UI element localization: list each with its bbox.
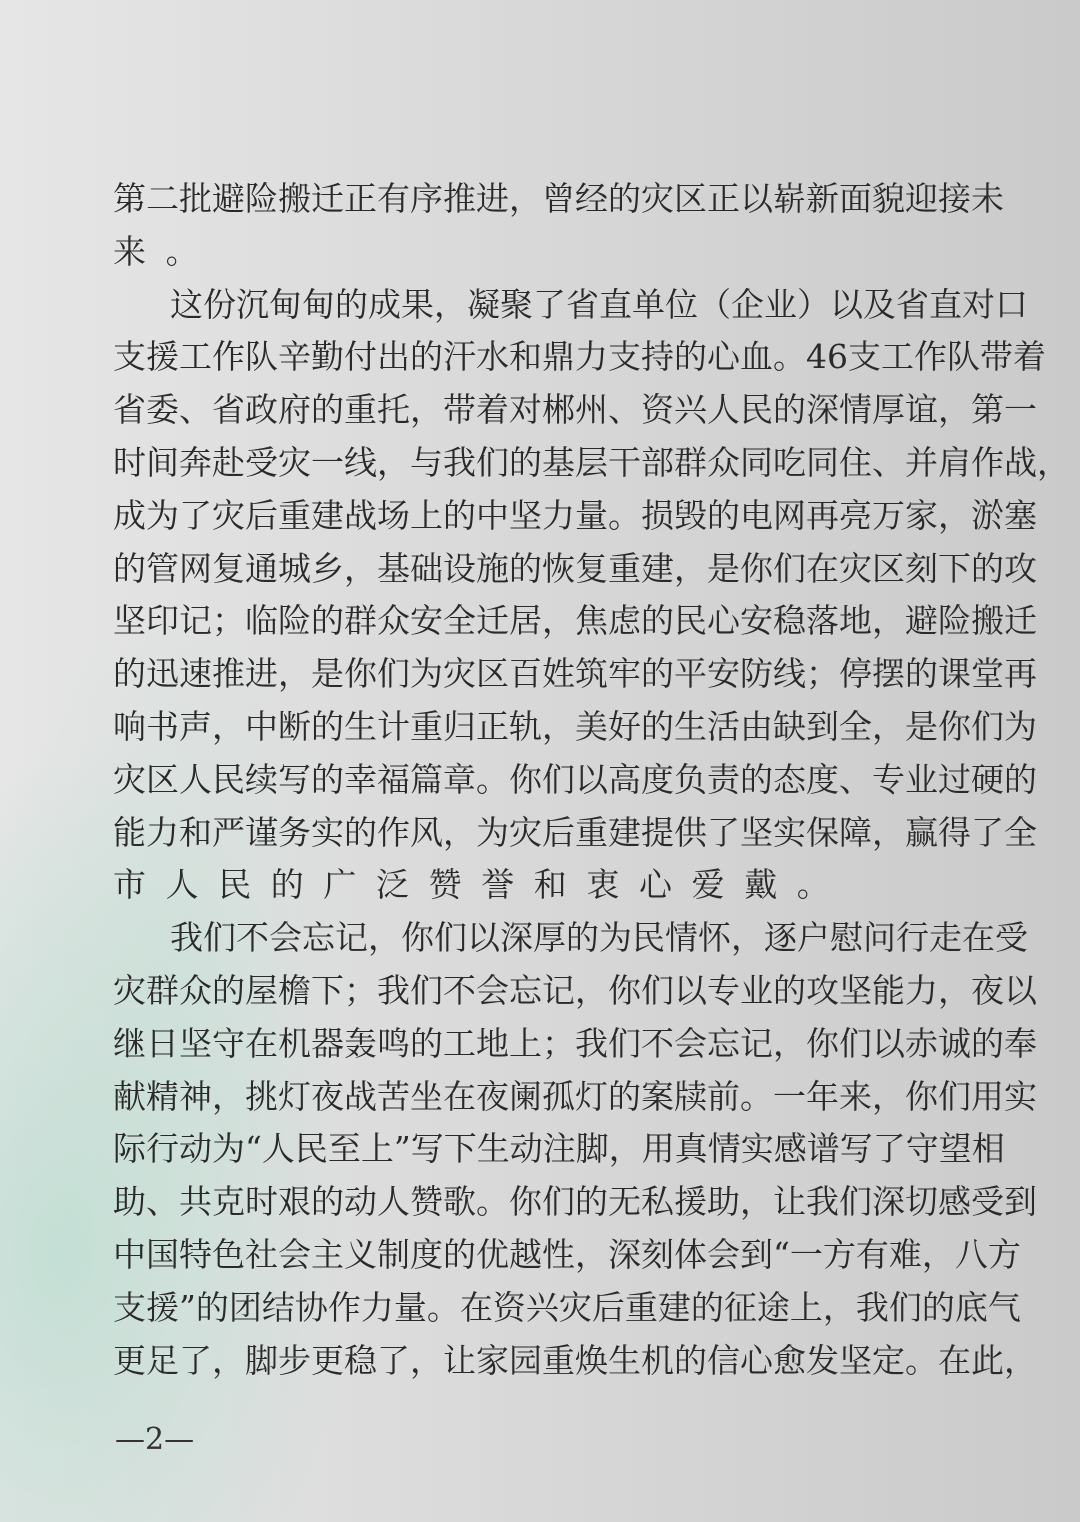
- glyph: 单: [632, 279, 665, 332]
- glyph: 、: [179, 384, 212, 437]
- glyph: 辛: [278, 331, 311, 384]
- glyph: 中: [245, 701, 278, 754]
- glyph: 赢: [905, 807, 938, 860]
- glyph: 灾: [113, 965, 146, 1018]
- glyph: 你: [401, 912, 434, 965]
- paragraph-first-line: 这份沉甸甸的成果，凝聚了省直单位（企业）以及省直对口: [113, 279, 961, 332]
- glyph: 支: [113, 331, 146, 384]
- glyph: 并: [905, 437, 938, 490]
- glyph: 信: [707, 1335, 740, 1388]
- glyph: 筑: [575, 648, 608, 701]
- glyph: 援: [146, 1282, 179, 1335]
- glyph: 万: [872, 490, 905, 543]
- glyph: 摆: [872, 648, 905, 701]
- glyph: 全: [1004, 807, 1037, 860]
- glyph: 写: [278, 754, 311, 807]
- glyph: 灾: [113, 754, 146, 807]
- glyph: 。: [476, 754, 509, 807]
- glyph: 工: [179, 331, 212, 384]
- glyph: 后: [542, 807, 575, 860]
- glyph: 你: [344, 648, 377, 701]
- glyph: 幸: [344, 754, 377, 807]
- glyph: 们: [542, 1176, 575, 1229]
- text-line: 成为了灾后重建战场上的中坚力量。损毁的电网再亮万家，淤塞: [113, 490, 961, 543]
- glyph: 慰: [830, 912, 863, 965]
- glyph: 基: [542, 437, 575, 490]
- glyph: 复: [575, 543, 608, 596]
- glyph: 对: [962, 279, 995, 332]
- glyph: 作: [971, 437, 1004, 490]
- glyph: 损: [641, 490, 674, 543]
- glyph: 的: [311, 754, 344, 807]
- glyph: 后: [592, 1282, 625, 1335]
- glyph: 途: [757, 1282, 790, 1335]
- glyph: ”: [394, 1123, 411, 1176]
- glyph: 们: [773, 543, 806, 596]
- glyph: 课: [938, 648, 971, 701]
- glyph: ，: [922, 1229, 955, 1282]
- glyph: 位: [665, 279, 698, 332]
- glyph: 动: [179, 1123, 212, 1176]
- glyph: 及: [863, 279, 896, 332]
- text-line: 中国特色社会主义制度的优越性，深刻体会到“一方有难，八方: [113, 1229, 961, 1282]
- glyph: 为: [212, 1123, 245, 1176]
- glyph: ，: [1004, 1335, 1037, 1388]
- glyph: 的: [509, 543, 542, 596]
- glyph: 的: [344, 807, 377, 860]
- glyph: 福: [377, 754, 410, 807]
- glyph: 际: [113, 1123, 146, 1176]
- glyph: 真: [675, 1123, 708, 1176]
- glyph: 场: [377, 490, 410, 543]
- glyph: 的: [773, 384, 806, 437]
- glyph: 时: [113, 437, 146, 490]
- glyph: 甸: [302, 279, 335, 332]
- glyph: 年: [806, 1071, 839, 1124]
- glyph: ，: [609, 1123, 642, 1176]
- glyph: 人: [377, 1176, 410, 1229]
- glyph: 夜: [971, 965, 1004, 1018]
- glyph: 建: [608, 807, 641, 860]
- glyph: 的: [113, 543, 146, 596]
- glyph: 实: [1004, 1071, 1037, 1124]
- glyph: 援: [146, 331, 179, 384]
- glyph: 民: [295, 1123, 328, 1176]
- glyph: 持: [641, 331, 674, 384]
- glyph: 水: [476, 331, 509, 384]
- glyph: 、: [839, 754, 872, 807]
- glyph: 赤: [905, 1018, 938, 1071]
- glyph: ，: [773, 1018, 806, 1071]
- glyph: 重: [608, 543, 641, 596]
- glyph: 设: [443, 543, 476, 596]
- glyph: 诚: [938, 1018, 971, 1071]
- glyph: ；: [806, 648, 839, 701]
- glyph: ，: [509, 173, 542, 226]
- glyph: 复: [212, 543, 245, 596]
- text-line: 更足了，脚步更稳了，让家园重焕生机的信心愈发坚定。在此，: [113, 1335, 961, 1388]
- glyph: 了: [971, 807, 1004, 860]
- glyph: 肩: [938, 437, 971, 490]
- glyph: 上: [509, 1018, 542, 1071]
- glyph: 民: [212, 754, 245, 807]
- glyph: 安: [410, 595, 443, 648]
- glyph: 众: [179, 965, 212, 1018]
- text-line: 坚印记；临险的群众安全迁居，焦虑的民心安稳落地，避险搬迁: [113, 595, 961, 648]
- glyph: 凝: [467, 279, 500, 332]
- glyph: 灾: [559, 1282, 592, 1335]
- glyph: 灾: [278, 437, 311, 490]
- glyph: 至: [328, 1123, 361, 1176]
- glyph: 奉: [1004, 1018, 1037, 1071]
- glyph: 的: [641, 701, 674, 754]
- glyph: 民: [674, 595, 707, 648]
- glyph: 园: [509, 1335, 542, 1388]
- glyph: 后: [245, 490, 278, 543]
- glyph: 的: [971, 543, 1004, 596]
- glyph: 奔: [179, 437, 212, 490]
- glyph: 忘: [302, 912, 335, 965]
- glyph: 安: [740, 595, 773, 648]
- glyph: 新: [806, 173, 839, 226]
- glyph: 力: [542, 490, 575, 543]
- glyph: 们: [938, 1071, 971, 1124]
- glyph: ，: [938, 490, 971, 543]
- glyph: 受: [971, 1176, 1004, 1229]
- glyph: 底: [955, 1282, 988, 1335]
- glyph: 面: [839, 173, 872, 226]
- glyph: 章: [443, 754, 476, 807]
- glyph: 家: [905, 490, 938, 543]
- glyph: 义: [344, 1229, 377, 1282]
- glyph: 相: [972, 1123, 1005, 1176]
- glyph: 力: [905, 965, 938, 1018]
- glyph: 的: [922, 1282, 955, 1335]
- glyph: ，: [575, 1229, 608, 1282]
- glyph: 电: [740, 490, 773, 543]
- glyph: 作: [914, 331, 947, 384]
- glyph: 为: [146, 490, 179, 543]
- glyph: 们: [608, 1018, 641, 1071]
- glyph: 结: [262, 1282, 295, 1335]
- glyph: 的: [311, 595, 344, 648]
- glyph: 安: [707, 648, 740, 701]
- glyph: 接: [938, 173, 971, 226]
- glyph: 重: [278, 490, 311, 543]
- glyph: 通: [245, 543, 278, 596]
- glyph: 是: [311, 648, 344, 701]
- glyph: ，: [872, 701, 905, 754]
- glyph: 、: [608, 384, 641, 437]
- glyph: 生: [344, 701, 377, 754]
- glyph: 是: [707, 543, 740, 596]
- glyph: 兴: [526, 1282, 559, 1335]
- glyph: 的: [905, 648, 938, 701]
- glyph: “: [245, 1123, 262, 1176]
- glyph: 的: [311, 1176, 344, 1229]
- glyph: 的: [335, 279, 368, 332]
- glyph: 第: [113, 173, 146, 226]
- glyph: 在: [245, 1018, 278, 1071]
- glyph: 实: [311, 807, 344, 860]
- glyph: 我: [806, 1176, 839, 1229]
- glyph: 重: [542, 1335, 575, 1388]
- glyph: 这: [170, 279, 203, 332]
- glyph: 不: [641, 1018, 674, 1071]
- glyph: 谨: [245, 807, 278, 860]
- glyph: 生: [674, 701, 707, 754]
- glyph: ，: [731, 912, 764, 965]
- glyph: 临: [245, 595, 278, 648]
- glyph: （: [698, 279, 731, 332]
- glyph: 深: [608, 1229, 641, 1282]
- glyph: 省: [566, 279, 599, 332]
- glyph: 怀: [698, 912, 731, 965]
- glyph: 不: [236, 912, 269, 965]
- glyph: 阑: [509, 1071, 542, 1124]
- glyph: 作: [377, 807, 410, 860]
- glyph: 心: [707, 331, 740, 384]
- glyph: 住: [839, 437, 872, 490]
- glyph: 谱: [807, 1123, 840, 1176]
- glyph: 的: [707, 490, 740, 543]
- glyph: 忘: [509, 965, 542, 1018]
- glyph: 力: [575, 331, 608, 384]
- glyph: 重: [575, 807, 608, 860]
- glyph: 硬: [971, 754, 1004, 807]
- glyph: 下: [311, 965, 344, 1018]
- glyph: 气: [988, 1282, 1021, 1335]
- glyph: 严: [212, 807, 245, 860]
- glyph: 坚: [839, 1335, 872, 1388]
- glyph: 制: [377, 1229, 410, 1282]
- glyph: ，: [212, 1071, 245, 1124]
- text-line: 的管网复通城乡，基础设施的恢复重建，是你们在灾区刻下的攻: [113, 543, 961, 596]
- glyph: 的: [410, 1018, 443, 1071]
- glyph: 篇: [410, 754, 443, 807]
- glyph: 业: [740, 965, 773, 1018]
- glyph: ，: [938, 384, 971, 437]
- glyph: 协: [295, 1282, 328, 1335]
- glyph: 灾: [641, 173, 674, 226]
- glyph: 批: [179, 173, 212, 226]
- glyph: 貌: [872, 173, 905, 226]
- glyph: 未: [971, 173, 1004, 226]
- glyph: 坚: [179, 1018, 212, 1071]
- glyph: 孤: [542, 1071, 575, 1124]
- glyph: 再: [1004, 648, 1037, 701]
- glyph: 群: [674, 437, 707, 490]
- glyph: 为: [476, 807, 509, 860]
- glyph: 上: [790, 1282, 823, 1335]
- glyph: 吃: [773, 437, 806, 490]
- glyph: 用: [642, 1123, 675, 1176]
- glyph: 以: [1004, 965, 1037, 1018]
- glyph: ，: [823, 1282, 856, 1335]
- glyph: ，: [212, 701, 245, 754]
- glyph: ；: [542, 1018, 575, 1071]
- glyph: 量: [575, 490, 608, 543]
- glyph: 们: [410, 965, 443, 1018]
- glyph: 受: [245, 437, 278, 490]
- glyph: 再: [806, 490, 839, 543]
- glyph: 正: [476, 701, 509, 754]
- glyph: 百: [509, 648, 542, 701]
- glyph: 脚: [245, 1335, 278, 1388]
- glyph: 和: [509, 331, 542, 384]
- glyph: 曾: [542, 173, 575, 226]
- glyph: 管: [146, 543, 179, 596]
- glyph: 二: [146, 173, 179, 226]
- glyph: 。: [740, 1071, 773, 1124]
- glyph: 支: [113, 1282, 146, 1335]
- glyph: ，: [872, 595, 905, 648]
- glyph: 的: [311, 384, 344, 437]
- glyph: 姓: [542, 648, 575, 701]
- glyph: 府: [278, 384, 311, 437]
- glyph: 团: [229, 1282, 262, 1335]
- glyph: 的: [575, 1176, 608, 1229]
- glyph: 同: [740, 437, 773, 490]
- glyph: 委: [146, 384, 179, 437]
- glyph: ，: [674, 543, 707, 596]
- glyph: ，: [872, 807, 905, 860]
- text-line: 际行动为“人民至上”写下生动注脚，用真情实感谱写了守望相: [113, 1123, 961, 1176]
- glyph: ，: [410, 1335, 443, 1388]
- glyph: 的: [773, 965, 806, 1018]
- glyph: 对: [509, 384, 542, 437]
- glyph: 们: [476, 437, 509, 490]
- glyph: 的: [608, 1071, 641, 1124]
- glyph: 人: [262, 1123, 295, 1176]
- glyph: 优: [476, 1229, 509, 1282]
- glyph: 为: [410, 648, 443, 701]
- glyph: 坚: [839, 965, 872, 1018]
- glyph: 精: [146, 1071, 179, 1124]
- glyph: 你: [938, 701, 971, 754]
- glyph: ，: [740, 1176, 773, 1229]
- glyph: 实: [773, 807, 806, 860]
- glyph: ，: [377, 437, 410, 490]
- glyph: 险: [938, 595, 971, 648]
- glyph: 干: [608, 437, 641, 490]
- glyph: 以: [467, 912, 500, 965]
- glyph: 。: [773, 331, 806, 384]
- glyph: 们: [542, 754, 575, 807]
- glyph: 用: [971, 1071, 1004, 1124]
- glyph: 成: [113, 490, 146, 543]
- glyph: ，: [1037, 437, 1070, 490]
- glyph: 线: [344, 437, 377, 490]
- glyph: 们: [839, 1176, 872, 1229]
- glyph: 共: [179, 1176, 212, 1229]
- glyph: 着: [1013, 331, 1046, 384]
- glyph: 工: [881, 331, 914, 384]
- glyph: 坚: [740, 807, 773, 860]
- glyph: 助: [707, 1176, 740, 1229]
- glyph: 到: [740, 1229, 773, 1282]
- glyph: 省: [212, 384, 245, 437]
- glyph: 厚: [533, 912, 566, 965]
- glyph: 到: [1004, 1176, 1037, 1229]
- glyph: 避: [905, 595, 938, 648]
- glyph: 能: [872, 965, 905, 1018]
- glyph: 重: [625, 1282, 658, 1335]
- glyph: ，: [542, 595, 575, 648]
- glyph: 灾: [839, 543, 872, 596]
- glyph: 专: [872, 754, 905, 807]
- glyph: 克: [212, 1176, 245, 1229]
- glyph: 众: [707, 437, 740, 490]
- glyph: 记: [335, 912, 368, 965]
- glyph: 以: [575, 754, 608, 807]
- glyph: 的: [566, 912, 599, 965]
- glyph: 们: [971, 701, 1004, 754]
- glyph: 八: [955, 1229, 988, 1282]
- glyph: 生: [477, 1123, 510, 1176]
- glyph: 聚: [500, 279, 533, 332]
- glyph: 会: [707, 1229, 740, 1282]
- glyph: 们: [203, 912, 236, 965]
- glyph: 鼎: [542, 331, 575, 384]
- glyph: 深: [500, 912, 533, 965]
- glyph: 守: [212, 1018, 245, 1071]
- glyph: 崭: [773, 173, 806, 226]
- glyph: 血: [740, 331, 773, 384]
- glyph: 书: [146, 701, 179, 754]
- glyph: 感: [938, 1176, 971, 1229]
- glyph: 了: [873, 1123, 906, 1176]
- glyph: 檐: [278, 965, 311, 1018]
- glyph: 资: [641, 384, 674, 437]
- glyph: 让: [773, 1176, 806, 1229]
- glyph: 中: [476, 490, 509, 543]
- glyph: 征: [724, 1282, 757, 1335]
- glyph: 施: [476, 543, 509, 596]
- glyph: 队: [947, 331, 980, 384]
- glyph: 民: [632, 912, 665, 965]
- glyph: 会: [476, 965, 509, 1018]
- glyph: 灾: [509, 807, 542, 860]
- glyph: 行: [896, 912, 929, 965]
- glyph: 赴: [212, 437, 245, 490]
- glyph: 赞: [410, 1176, 443, 1229]
- glyph: 。: [476, 1176, 509, 1229]
- glyph: 的: [443, 1229, 476, 1282]
- glyph: 焦: [575, 595, 608, 648]
- glyph: 沉: [236, 279, 269, 332]
- glyph: 体: [674, 1229, 707, 1282]
- glyph: 更: [311, 1335, 344, 1388]
- glyph: 的: [196, 1282, 229, 1335]
- glyph: 轨: [509, 701, 542, 754]
- glyph: 挑: [245, 1071, 278, 1124]
- glyph: 、: [872, 437, 905, 490]
- glyph: ，: [434, 279, 467, 332]
- text-line: 第二批避险搬迁正有序推进，曾经的灾区正以崭新面貌迎接未: [113, 173, 961, 226]
- glyph: 工: [443, 1018, 476, 1071]
- glyph: 稳: [773, 595, 806, 648]
- glyph: ，: [443, 807, 476, 860]
- glyph: 州: [575, 384, 608, 437]
- glyph: 区: [476, 648, 509, 701]
- glyph: 牢: [608, 648, 641, 701]
- glyph: 问: [863, 912, 896, 965]
- glyph: 重: [410, 701, 443, 754]
- glyph: ，: [410, 384, 443, 437]
- glyph: 们: [434, 912, 467, 965]
- glyph: 前: [707, 1071, 740, 1124]
